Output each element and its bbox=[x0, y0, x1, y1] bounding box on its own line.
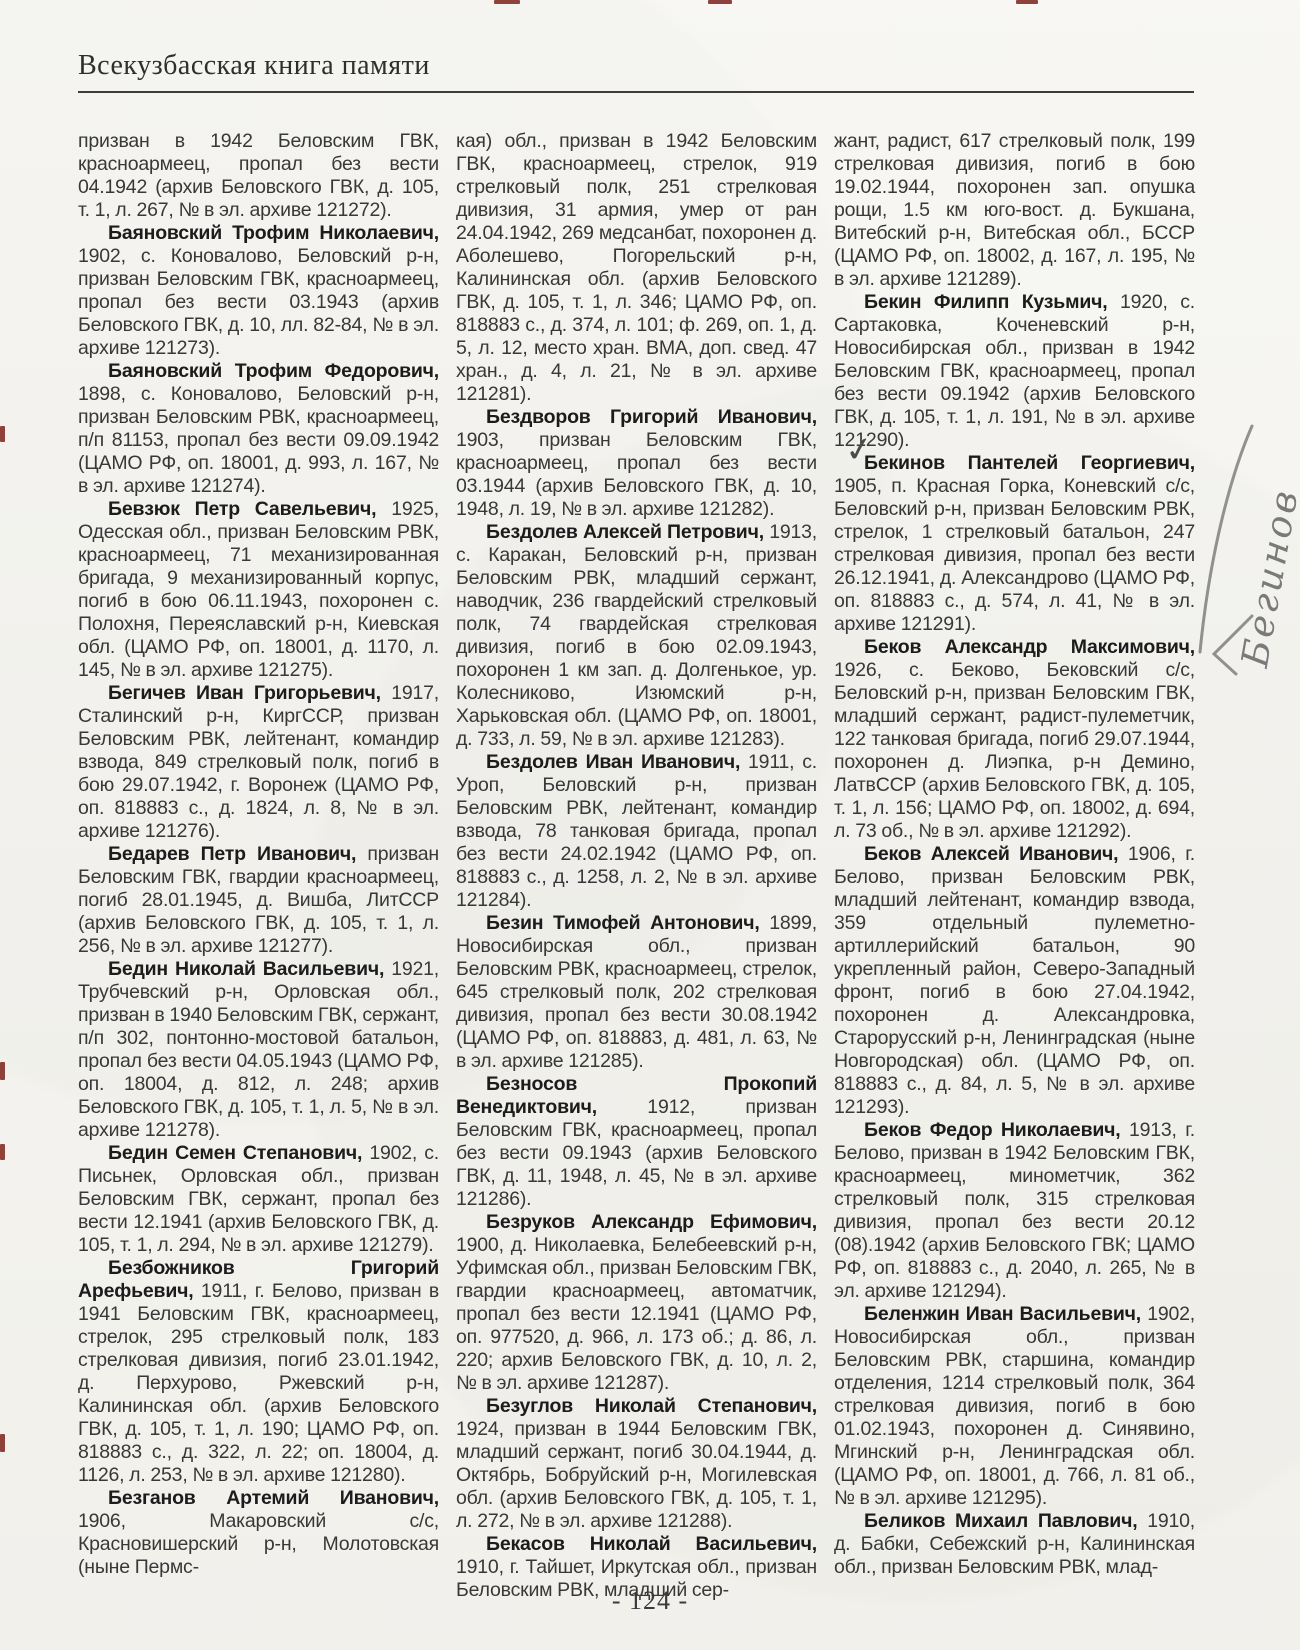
entry-name: Безганов Артемий Иванович, bbox=[108, 1487, 439, 1509]
red-edge-mark bbox=[0, 1062, 5, 1080]
continuation-paragraph: кая) обл., призван в 1942 Беловским ГВК,… bbox=[456, 130, 817, 406]
column-3: жант, радист, 617 стрелковый полк, 199 с… bbox=[834, 130, 1195, 1579]
memorial-entry: Бездолев Иван Иванович, 1911, с. Уроп, Б… bbox=[456, 751, 817, 912]
entry-name: Беликов Михаил Павлович, bbox=[864, 1510, 1147, 1532]
entry-name: Бекасов Николай Васильевич, bbox=[486, 1533, 817, 1555]
entry-name: Безруков Александр Ефимович, bbox=[486, 1211, 817, 1233]
memorial-entry: Беленжин Иван Васильевич, 1902, Новосиби… bbox=[834, 1303, 1195, 1510]
entry-name: Баяновский Трофим Федорович, bbox=[108, 360, 439, 382]
entry-name: Безин Тимофей Антонович, bbox=[486, 912, 769, 934]
entry-name: Бездолев Алексей Петрович, bbox=[486, 521, 769, 543]
memorial-entry: Беков Федор Николаевич, 1913, г. Белово,… bbox=[834, 1119, 1195, 1303]
entry-name: Беков Алексей Иванович, bbox=[864, 843, 1128, 865]
memorial-entry: Бездворов Григорий Иванович, 1903, призв… bbox=[456, 406, 817, 521]
entry-name: Безбожников Григорий Арефьевич, bbox=[78, 1257, 439, 1302]
red-edge-mark bbox=[494, 0, 520, 4]
column-2: кая) обл., призван в 1942 Беловским ГВК,… bbox=[456, 130, 817, 1602]
memorial-entry: Беков Алексей Иванович, 1906, г. Белово,… bbox=[834, 843, 1195, 1119]
memorial-entry: Бедин Семен Степанович, 1902, с. Письнек… bbox=[78, 1142, 439, 1257]
memorial-entry: Безносов Прокопий Венедиктович, 1912, пр… bbox=[456, 1073, 817, 1211]
continuation-paragraph: жант, радист, 617 стрелковый полк, 199 с… bbox=[834, 130, 1195, 291]
entry-name: Баяновский Трофим Николаевич, bbox=[108, 222, 439, 244]
book-page: Всекузбасская книга памяти призван в 194… bbox=[0, 0, 1300, 1650]
column-1: призван в 1942 Беловским ГВК, красноарме… bbox=[78, 130, 439, 1579]
page-title: Всекузбасская книга памяти bbox=[78, 50, 430, 82]
memorial-entry: Бекин Филипп Кузьмич, 1920, с. Сартаковк… bbox=[834, 291, 1195, 452]
memorial-entry: Безруков Александр Ефимович, 1900, д. Ни… bbox=[456, 1211, 817, 1395]
memorial-entry: Беков Александр Максимович, 1926, с. Бек… bbox=[834, 636, 1195, 843]
memorial-entry: Бедин Николай Васильевич, 1921, Трубчевс… bbox=[78, 958, 439, 1142]
memorial-entry: Бедарев Петр Иванович, призван Беловским… bbox=[78, 843, 439, 958]
checkmark-annotation: ✓ bbox=[842, 428, 876, 472]
memorial-entry: Беликов Михаил Павлович, 1910, д. Бабки,… bbox=[834, 1510, 1195, 1579]
continuation-paragraph: призван в 1942 Беловским ГВК, красноарме… bbox=[78, 130, 439, 222]
memorial-columns: призван в 1942 Беловским ГВК, красноарме… bbox=[78, 130, 1195, 1602]
entry-name: Бедин Николай Васильевич, bbox=[108, 958, 391, 980]
entry-name: Бездолев Иван Иванович, bbox=[486, 751, 748, 773]
entry-name: Бегичев Иван Григорьевич, bbox=[108, 682, 391, 704]
memorial-entry: Бекинов Пантелей Георгиевич, 1905, п. Кр… bbox=[834, 452, 1195, 636]
entry-name: Бекин Филипп Кузьмич, bbox=[864, 291, 1120, 313]
entry-name: Беков Федор Николаевич, bbox=[864, 1119, 1129, 1141]
entry-name: Бедарев Петр Иванович, bbox=[108, 843, 367, 865]
red-edge-mark bbox=[0, 426, 5, 442]
entry-name: Беленжин Иван Васильевич, bbox=[864, 1303, 1147, 1325]
red-edge-mark bbox=[0, 1144, 5, 1160]
memorial-entry: Безин Тимофей Антонович, 1899, Новосибир… bbox=[456, 912, 817, 1073]
entry-name: Безносов Прокопий Венедиктович, bbox=[456, 1073, 817, 1118]
memorial-entry: Бездолев Алексей Петрович, 1913, с. Кара… bbox=[456, 521, 817, 751]
memorial-entry: Баяновский Трофим Николаевич, 1902, с. К… bbox=[78, 222, 439, 360]
memorial-entry: Бегичев Иван Григорьевич, 1917, Сталинск… bbox=[78, 682, 439, 843]
red-edge-mark bbox=[1016, 0, 1038, 4]
entry-name: Бедин Семен Степанович, bbox=[108, 1142, 369, 1164]
page-number: - 124 - bbox=[0, 1586, 1300, 1616]
entry-name: Бекинов Пантелей Георгиевич, bbox=[864, 452, 1195, 474]
entry-name: Бездворов Григорий Иванович, bbox=[486, 406, 817, 428]
memorial-entry: Безуглов Николай Степанович, 1924, призв… bbox=[456, 1395, 817, 1533]
memorial-entry: Баяновский Трофим Федорович, 1898, с. Ко… bbox=[78, 360, 439, 498]
memorial-entry: Бевзюк Петр Савельевич, 1925, Одесская о… bbox=[78, 498, 439, 682]
header-rule bbox=[78, 91, 1194, 93]
memorial-entry: Безбожников Григорий Арефьевич, 1911, г.… bbox=[78, 1257, 439, 1487]
red-edge-mark bbox=[708, 0, 732, 4]
pencil-bracket-stroke bbox=[1206, 612, 1266, 682]
entry-name: Беков Александр Максимович, bbox=[864, 636, 1195, 658]
memorial-entry: Безганов Артемий Иванович, 1906, Макаров… bbox=[78, 1487, 439, 1579]
entry-name: Бевзюк Петр Савельевич, bbox=[108, 498, 391, 520]
entry-name: Безуглов Николай Степанович, bbox=[486, 1395, 817, 1417]
red-edge-mark bbox=[0, 1434, 5, 1452]
